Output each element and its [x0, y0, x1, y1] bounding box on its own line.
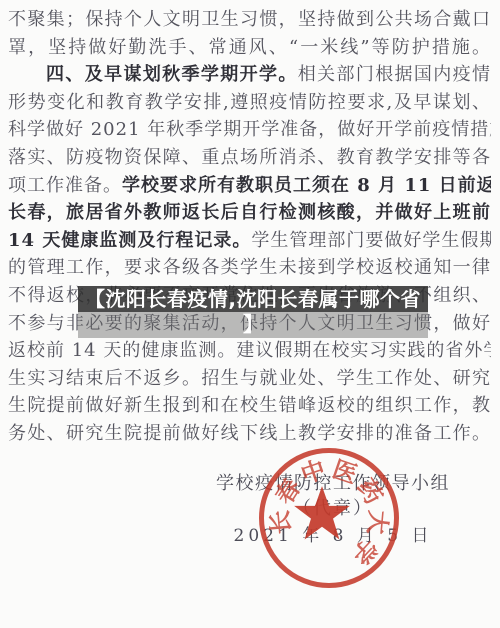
document-line: 形势变化和教育教学安排,遵照疫情防控要求,及早谋划、 — [8, 89, 491, 117]
document-text: 不聚集；保持个人文明卫生习惯，坚持做到公共场合戴口 — [8, 9, 491, 30]
document-text: 落实、防疫物资保障、重点场所消杀、教育教学安排等各 — [8, 147, 491, 168]
document-text: 科学做好 2021 年秋季学期开学准备，做好开学前疫情措施 — [8, 119, 491, 140]
document-line: 务处、研究生院提前做好线下线上教学安排的准备工作。 — [8, 420, 491, 448]
document-text: 学生管理部门要做好学生假期 — [251, 230, 491, 251]
document-text: 项工作准备。 — [8, 175, 122, 196]
document-text-bold: 长春，旅居省外教师返长后自行检测核酸，并做好上班前 — [8, 202, 491, 223]
document-text: 的管理工作，要求各级各类学生未接到学校返校通知一律 — [8, 257, 491, 278]
document-line: 生实习结束后不返乡。招生与就业处、学生工作处、研究 — [8, 365, 491, 393]
document-text: 形势变化和教育教学安排,遵照疫情防控要求,及早谋划、 — [8, 92, 491, 113]
document-line: 罩，坚持做好勤洗手、常通风、“一米线”等防护措施。 — [8, 34, 491, 62]
document-line: 科学做好 2021 年秋季学期开学准备，做好开学前疫情措施 — [8, 116, 491, 144]
document-line: 落实、防疫物资保障、重点场所消杀、教育教学安排等各 — [8, 144, 491, 172]
document-text: 务处、研究生院提前做好线下线上教学安排的准备工作。 — [8, 423, 491, 444]
document-line: 返校前 14 天的健康监测。建议假期在校实习实践的省外学 — [8, 337, 491, 365]
document-text: 生实习结束后不返乡。招生与就业处、学生工作处、研究 — [8, 368, 491, 389]
document-line: 的管理工作，要求各级各类学生未接到学校返校通知一律 — [8, 254, 491, 282]
document-text: 相关部门根据国内疫情 — [298, 64, 491, 85]
seal-char: 大 — [361, 509, 398, 536]
document-text-bold: 四、及早谋划秋季学期开学。 — [46, 64, 298, 85]
document-text: 返校前 14 天的健康监测。建议假期在校实习实践的省外学 — [8, 340, 491, 361]
document-line: 不聚集；保持个人文明卫生习惯，坚持做到公共场合戴口 — [8, 6, 491, 34]
document-text-block: 不聚集；保持个人文明卫生习惯，坚持做到公共场合戴口罩，坚持做好勤洗手、常通风、“… — [8, 6, 491, 448]
document-text-bold: 14 天健康监测及行程记录。 — [8, 230, 251, 251]
star-icon — [293, 486, 351, 542]
document-line: 14 天健康监测及行程记录。学生管理部门要做好学生假期 — [8, 227, 491, 255]
document-line: 四、及早谋划秋季学期开学。相关部门根据国内疫情 — [8, 61, 491, 89]
document-text: 罩，坚持做好勤洗手、常通风、“一米线”等防护措施。 — [8, 37, 491, 58]
document-text-bold: 学校要求所有教职员工须在 8 月 11 日前返回 — [122, 175, 491, 196]
document-text: 生院提前做好新生报到和在校生错峰返校的组织工作，教 — [8, 395, 491, 416]
document-line: 长春，旅居省外教师返长后自行检测核酸，并做好上班前 — [8, 199, 491, 227]
caption-overlay: 【沈阳长春疫情,沈阳长春属于哪个省 】 — [78, 286, 428, 338]
document-page: 不聚集；保持个人文明卫生习惯，坚持做到公共场合戴口罩，坚持做好勤洗手、常通风、“… — [0, 0, 500, 628]
seal-char: 长 — [260, 509, 297, 536]
document-line: 生院提前做好新生报到和在校生错峰返校的组织工作，教 — [8, 392, 491, 420]
caption-overlay-line1: 【沈阳长春疫情,沈阳长春属于哪个省 — [78, 286, 428, 312]
caption-overlay-line2: 】 — [78, 312, 428, 338]
document-line: 项工作准备。学校要求所有教职员工须在 8 月 11 日前返回 — [8, 172, 491, 200]
official-seal-stamp: 长春中医药大学 — [259, 448, 399, 588]
